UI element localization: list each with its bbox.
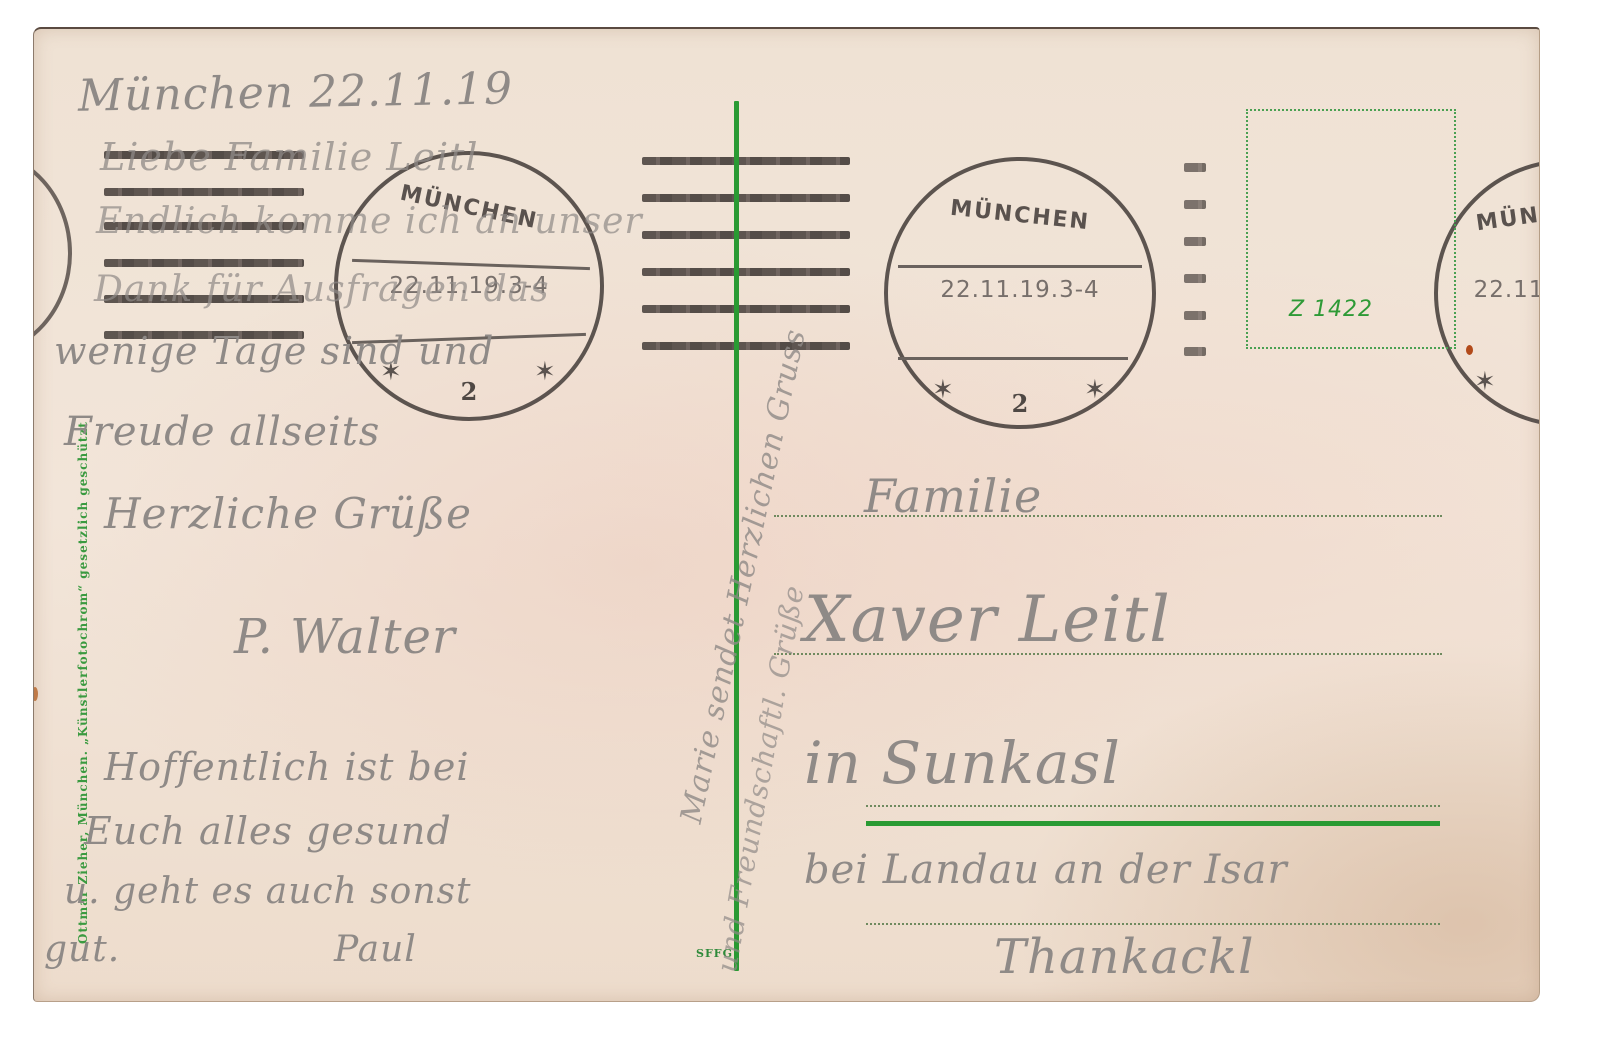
address-line: Familie [864, 469, 1042, 523]
message-line: Freude allseits [64, 409, 380, 455]
message-signature: P. Walter [234, 609, 456, 665]
postmark-office: 2 [338, 377, 600, 406]
message-line: Endlich komme ich an unser [96, 201, 643, 242]
message-signature-2: Paul [334, 929, 417, 970]
message-line: Liebe Familie Leitl [100, 135, 479, 179]
rust-stain [1466, 345, 1473, 355]
message-line: wenige Tage sind und [54, 329, 494, 373]
message-line: Euch alles gesund [84, 809, 452, 853]
address-line-3 [866, 805, 1440, 807]
address-name: Xaver Leitl [804, 583, 1171, 657]
publisher-imprint: Ottmar Zieher, München. „Künstlerfotochr… [76, 421, 90, 944]
message-place-date: München 22.11.19 [78, 63, 514, 122]
stamp-box-code: Z 1422 [1289, 297, 1373, 322]
address-town: in Sunkasl [804, 729, 1121, 797]
postmark-office: 2 [888, 389, 1152, 418]
partial-postmark-left [33, 149, 72, 357]
postcard: MÜNCHEN 22.11.19.3-4 ✶ ✶ 2 MÜNCHEN 22.11… [33, 27, 1540, 1002]
message-line: u. geht es auch sonst [64, 871, 471, 912]
message-line: Herzliche Grüße [104, 489, 472, 538]
message-line: Hoffentlich ist bei [104, 745, 470, 789]
address-region: bei Landau an der Isar [804, 847, 1288, 893]
star-icon: ✶ [1474, 369, 1496, 395]
postmark-munich-2: MÜNCHEN 22.11.19.3-4 ✶ ✶ 2 [884, 157, 1156, 429]
address-underline [866, 821, 1440, 826]
margin-note: Marie sendet Herzlichen Gruss [674, 326, 813, 827]
message-line: Dank für Ausfragen das [94, 269, 550, 310]
message-line: gut. [44, 929, 120, 970]
address-post: Thankackl [994, 929, 1254, 985]
address-line-4 [866, 923, 1440, 925]
postmark-city: MÜNCHEN [887, 189, 1152, 241]
postmark-date: 22.11.19.3-4 [888, 277, 1152, 303]
rust-stain [33, 687, 38, 701]
